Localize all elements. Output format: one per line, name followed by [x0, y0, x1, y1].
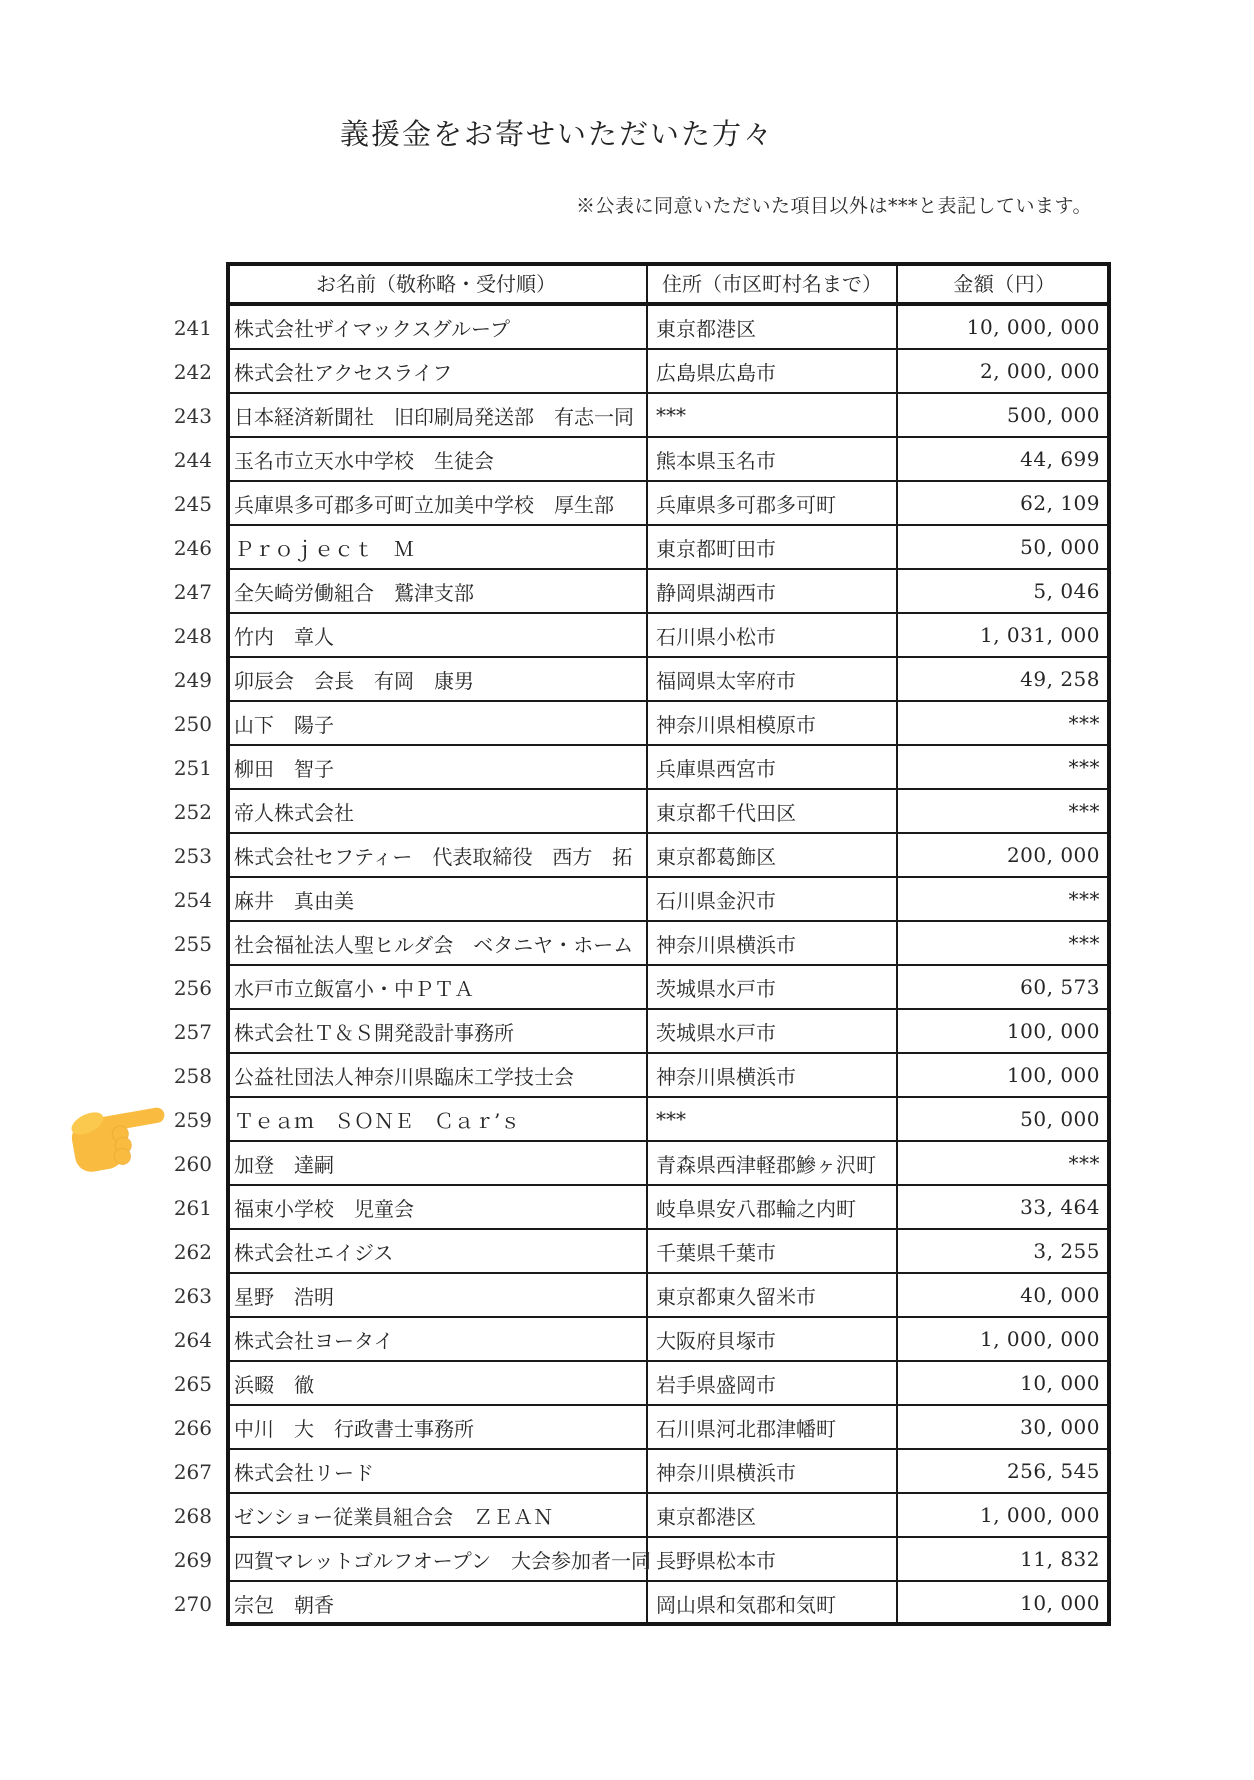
row-number: 265 [140, 1362, 226, 1406]
donor-name-cell: 株式会社セフティー 代表取締役 西方 拓 [226, 834, 648, 878]
table-row: 245 兵庫県多可郡多可町立加美中学校 厚生部 兵庫県多可郡多可町 62, 10… [140, 482, 1111, 526]
donor-name-cell: 兵庫県多可郡多可町立加美中学校 厚生部 [226, 482, 648, 526]
donor-amount-cell: 1, 000, 000 [898, 1494, 1111, 1538]
table-row: 251 柳田 智子 兵庫県西宮市 *** [140, 746, 1111, 790]
table-row: 255 社会福祉法人聖ヒルダ会 ベタニヤ・ホーム 神奈川県横浜市 *** [140, 922, 1111, 966]
donor-amount-cell: 60, 573 [898, 966, 1111, 1010]
donor-address-cell: 長野県松本市 [648, 1538, 898, 1582]
donor-address-cell: 千葉県千葉市 [648, 1230, 898, 1274]
donor-address-cell: 東京都千代田区 [648, 790, 898, 834]
header-address: 住所（市区町村名まで） [648, 262, 898, 306]
donor-amount-cell: 200, 000 [898, 834, 1111, 878]
row-number: 261 [140, 1186, 226, 1230]
donor-name-cell: ゼンショー従業員組合会 ＺＥＡＮ [226, 1494, 648, 1538]
donor-name-cell: 福束小学校 児童会 [226, 1186, 648, 1230]
table-row: 261 福束小学校 児童会 岐阜県安八郡輪之内町 33, 464 [140, 1186, 1111, 1230]
donor-amount-cell: 1, 031, 000 [898, 614, 1111, 658]
donor-address-cell: 茨城県水戸市 [648, 1010, 898, 1054]
donor-name-cell: 山下 陽子 [226, 702, 648, 746]
header-number-spacer [140, 262, 226, 306]
donor-name-cell: 株式会社リード [226, 1450, 648, 1494]
row-number: 251 [140, 746, 226, 790]
row-number: 245 [140, 482, 226, 526]
donor-amount-cell: 10, 000, 000 [898, 306, 1111, 350]
table-body: 241 株式会社ザイマックスグループ 東京都港区 10, 000, 000 24… [140, 306, 1111, 1626]
donor-name-cell: 玉名市立天水中学校 生徒会 [226, 438, 648, 482]
header-name: お名前（敬称略・受付順） [226, 262, 648, 306]
table-row: 260 加登 達嗣 青森県西津軽郡鰺ヶ沢町 *** [140, 1142, 1111, 1186]
row-number: 254 [140, 878, 226, 922]
row-number: 262 [140, 1230, 226, 1274]
row-number: 241 [140, 306, 226, 350]
table-row: 248 竹内 章人 石川県小松市 1, 031, 000 [140, 614, 1111, 658]
donor-address-cell: *** [648, 1098, 898, 1142]
row-number: 264 [140, 1318, 226, 1362]
donor-name-cell: Ｐｒｏｊｅｃｔ Ｍ [226, 526, 648, 570]
donor-address-cell: 青森県西津軽郡鰺ヶ沢町 [648, 1142, 898, 1186]
donor-name-cell: 水戸市立飯富小・中ＰＴＡ [226, 966, 648, 1010]
donor-address-cell: 大阪府貝塚市 [648, 1318, 898, 1362]
donor-name-cell: 卯辰会 会長 有岡 康男 [226, 658, 648, 702]
donor-amount-cell: 3, 255 [898, 1230, 1111, 1274]
donor-name-cell: 株式会社Ｔ＆Ｓ開発設計事務所 [226, 1010, 648, 1054]
row-number: 247 [140, 570, 226, 614]
donor-amount-cell: 50, 000 [898, 1098, 1111, 1142]
donor-amount-cell: 62, 109 [898, 482, 1111, 526]
table-row: 242 株式会社アクセスライフ 広島県広島市 2, 000, 000 [140, 350, 1111, 394]
row-number: 248 [140, 614, 226, 658]
donor-name-cell: 麻井 真由美 [226, 878, 648, 922]
donor-address-cell: 岡山県和気郡和気町 [648, 1582, 898, 1626]
donor-amount-cell: 100, 000 [898, 1054, 1111, 1098]
donor-address-cell: 広島県広島市 [648, 350, 898, 394]
table-row: 268 ゼンショー従業員組合会 ＺＥＡＮ 東京都港区 1, 000, 000 [140, 1494, 1111, 1538]
table-row: 247 全矢崎労働組合 鷲津支部 静岡県湖西市 5, 046 [140, 570, 1111, 614]
table-row: 262 株式会社エイジス 千葉県千葉市 3, 255 [140, 1230, 1111, 1274]
donor-address-cell: *** [648, 394, 898, 438]
table-row: 252 帝人株式会社 東京都千代田区 *** [140, 790, 1111, 834]
donor-name-cell: 柳田 智子 [226, 746, 648, 790]
donor-name-cell: 全矢崎労働組合 鷲津支部 [226, 570, 648, 614]
donors-table: お名前（敬称略・受付順） 住所（市区町村名まで） 金額（円） 241 株式会社ザ… [140, 262, 1111, 1626]
table-header-row: お名前（敬称略・受付順） 住所（市区町村名まで） 金額（円） [140, 262, 1111, 306]
donor-name-cell: 帝人株式会社 [226, 790, 648, 834]
row-number: 269 [140, 1538, 226, 1582]
donor-address-cell: 東京都東久留米市 [648, 1274, 898, 1318]
donor-name-cell: 加登 達嗣 [226, 1142, 648, 1186]
row-number: 268 [140, 1494, 226, 1538]
table-row: 270 宗包 朝香 岡山県和気郡和気町 10, 000 [140, 1582, 1111, 1626]
donor-amount-cell: 10, 000 [898, 1362, 1111, 1406]
donor-address-cell: 東京都港区 [648, 306, 898, 350]
donor-amount-cell: 11, 832 [898, 1538, 1111, 1582]
donor-address-cell: 静岡県湖西市 [648, 570, 898, 614]
row-number: 246 [140, 526, 226, 570]
donor-amount-cell: 50, 000 [898, 526, 1111, 570]
row-number: 256 [140, 966, 226, 1010]
donor-name-cell: 浜畷 徹 [226, 1362, 648, 1406]
table-row: 265 浜畷 徹 岩手県盛岡市 10, 000 [140, 1362, 1111, 1406]
table-row: 263 星野 浩明 東京都東久留米市 40, 000 [140, 1274, 1111, 1318]
donor-address-cell: 東京都町田市 [648, 526, 898, 570]
donor-amount-cell: *** [898, 790, 1111, 834]
donor-name-cell: 株式会社ザイマックスグループ [226, 306, 648, 350]
document-page: 義援金をお寄せいただいた方々 ※公表に同意いただいた項目以外は***と表記してい… [0, 0, 1254, 1780]
donor-name-cell: 宗包 朝香 [226, 1582, 648, 1626]
donor-address-cell: 岐阜県安八郡輪之内町 [648, 1186, 898, 1230]
row-number: 244 [140, 438, 226, 482]
donor-address-cell: 神奈川県相模原市 [648, 702, 898, 746]
donor-name-cell: 四賀マレットゴルフオープン 大会参加者一同 [226, 1538, 648, 1582]
donor-name-cell: 株式会社エイジス [226, 1230, 648, 1274]
donor-amount-cell: 5, 046 [898, 570, 1111, 614]
donor-amount-cell: *** [898, 702, 1111, 746]
row-number: 270 [140, 1582, 226, 1626]
table-row: 269 四賀マレットゴルフオープン 大会参加者一同 長野県松本市 11, 832 [140, 1538, 1111, 1582]
donor-amount-cell: 33, 464 [898, 1186, 1111, 1230]
row-number: 243 [140, 394, 226, 438]
row-number: 267 [140, 1450, 226, 1494]
table-row: 250 山下 陽子 神奈川県相模原市 *** [140, 702, 1111, 746]
table-row: 246 Ｐｒｏｊｅｃｔ Ｍ 東京都町田市 50, 000 [140, 526, 1111, 570]
donor-name-cell: 公益社団法人神奈川県臨床工学技士会 [226, 1054, 648, 1098]
donor-name-cell: 株式会社アクセスライフ [226, 350, 648, 394]
donor-amount-cell: *** [898, 746, 1111, 790]
table-row: 267 株式会社リード 神奈川県横浜市 256, 545 [140, 1450, 1111, 1494]
row-number: 252 [140, 790, 226, 834]
donor-address-cell: 茨城県水戸市 [648, 966, 898, 1010]
donor-address-cell: 東京都港区 [648, 1494, 898, 1538]
donor-address-cell: 岩手県盛岡市 [648, 1362, 898, 1406]
donor-amount-cell: *** [898, 878, 1111, 922]
table-row: 244 玉名市立天水中学校 生徒会 熊本県玉名市 44, 699 [140, 438, 1111, 482]
donor-address-cell: 石川県小松市 [648, 614, 898, 658]
donor-address-cell: 神奈川県横浜市 [648, 1054, 898, 1098]
table-row: 249 卯辰会 会長 有岡 康男 福岡県太宰府市 49, 258 [140, 658, 1111, 702]
row-number: 250 [140, 702, 226, 746]
row-number: 263 [140, 1274, 226, 1318]
table-row: 256 水戸市立飯富小・中ＰＴＡ 茨城県水戸市 60, 573 [140, 966, 1111, 1010]
donor-address-cell: 福岡県太宰府市 [648, 658, 898, 702]
donor-name-cell: 星野 浩明 [226, 1274, 648, 1318]
row-number: 242 [140, 350, 226, 394]
donor-address-cell: 熊本県玉名市 [648, 438, 898, 482]
row-number: 266 [140, 1406, 226, 1450]
header-amount: 金額（円） [898, 262, 1111, 306]
page-title: 義援金をお寄せいただいた方々 [0, 112, 1114, 153]
donor-address-cell: 兵庫県多可郡多可町 [648, 482, 898, 526]
donor-name-cell: 竹内 章人 [226, 614, 648, 658]
donor-amount-cell: 10, 000 [898, 1582, 1111, 1626]
donor-address-cell: 石川県河北郡津幡町 [648, 1406, 898, 1450]
donor-amount-cell: 40, 000 [898, 1274, 1111, 1318]
table-row: 266 中川 大 行政書士事務所 石川県河北郡津幡町 30, 000 [140, 1406, 1111, 1450]
table-row: 243 日本経済新聞社 旧印刷局発送部 有志一同 *** 500, 000 [140, 394, 1111, 438]
table-row: 254 麻井 真由美 石川県金沢市 *** [140, 878, 1111, 922]
row-number: 249 [140, 658, 226, 702]
donor-amount-cell: *** [898, 1142, 1111, 1186]
donor-name-cell: 日本経済新聞社 旧印刷局発送部 有志一同 [226, 394, 648, 438]
donor-amount-cell: *** [898, 922, 1111, 966]
donor-amount-cell: 44, 699 [898, 438, 1111, 482]
table-row: 259 Ｔｅａｍ ＳＯＮＥ Ｃａｒ’ｓ *** 50, 000 [140, 1098, 1111, 1142]
donor-address-cell: 神奈川県横浜市 [648, 922, 898, 966]
donor-name-cell: 株式会社ヨータイ [226, 1318, 648, 1362]
table-row: 241 株式会社ザイマックスグループ 東京都港区 10, 000, 000 [140, 306, 1111, 350]
table-row: 264 株式会社ヨータイ 大阪府貝塚市 1, 000, 000 [140, 1318, 1111, 1362]
donor-address-cell: 兵庫県西宮市 [648, 746, 898, 790]
donor-amount-cell: 30, 000 [898, 1406, 1111, 1450]
table-row: 257 株式会社Ｔ＆Ｓ開発設計事務所 茨城県水戸市 100, 000 [140, 1010, 1111, 1054]
disclosure-note: ※公表に同意いただいた項目以外は***と表記しています。 [0, 191, 1092, 218]
donor-address-cell: 石川県金沢市 [648, 878, 898, 922]
row-number: 253 [140, 834, 226, 878]
donor-name-cell: 中川 大 行政書士事務所 [226, 1406, 648, 1450]
donor-amount-cell: 500, 000 [898, 394, 1111, 438]
donor-amount-cell: 100, 000 [898, 1010, 1111, 1054]
donor-address-cell: 東京都葛飾区 [648, 834, 898, 878]
row-number: 257 [140, 1010, 226, 1054]
donor-amount-cell: 256, 545 [898, 1450, 1111, 1494]
donor-address-cell: 神奈川県横浜市 [648, 1450, 898, 1494]
donor-amount-cell: 49, 258 [898, 658, 1111, 702]
table-row: 253 株式会社セフティー 代表取締役 西方 拓 東京都葛飾区 200, 000 [140, 834, 1111, 878]
row-number: 255 [140, 922, 226, 966]
donor-amount-cell: 2, 000, 000 [898, 350, 1111, 394]
table-row: 258 公益社団法人神奈川県臨床工学技士会 神奈川県横浜市 100, 000 [140, 1054, 1111, 1098]
donor-amount-cell: 1, 000, 000 [898, 1318, 1111, 1362]
donor-name-cell: Ｔｅａｍ ＳＯＮＥ Ｃａｒ’ｓ [226, 1098, 648, 1142]
pointing-right-hand-icon [66, 1092, 174, 1182]
donor-name-cell: 社会福祉法人聖ヒルダ会 ベタニヤ・ホーム [226, 922, 648, 966]
